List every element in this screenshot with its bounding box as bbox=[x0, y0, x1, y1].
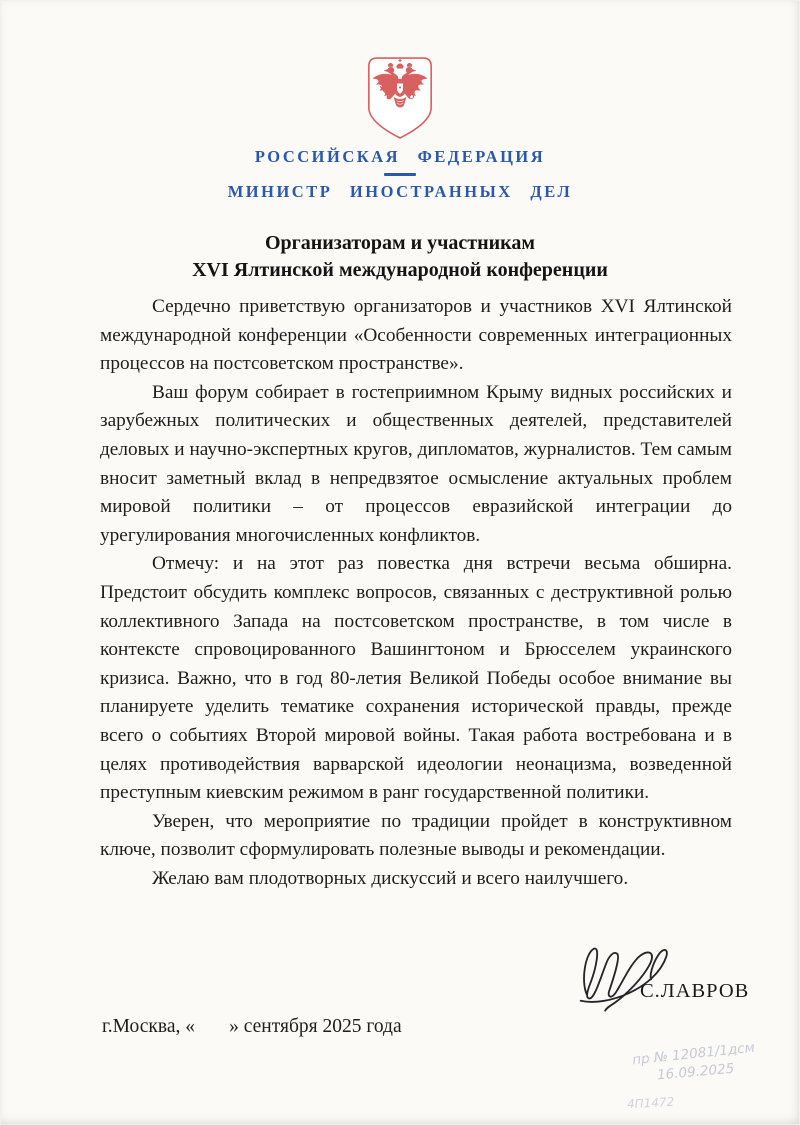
letterhead-office: МИНИСТР ИНОСТРАННЫХ ДЕЛ bbox=[0, 182, 800, 202]
letter-body: Сердечно приветствую организаторов и уча… bbox=[100, 293, 732, 893]
dateline: г.Москва, « » сентября 2025 года bbox=[102, 1016, 402, 1038]
body-paragraph: Уверен, что мероприятие по традиции прой… bbox=[100, 808, 732, 865]
russian-coat-of-arms-icon bbox=[366, 56, 434, 140]
addressee-line2: XVI Ялтинской международной конференции bbox=[0, 257, 800, 284]
addressee-line1: Организаторам и участникам bbox=[0, 230, 800, 257]
body-paragraph: Сердечно приветствую организаторов и уча… bbox=[100, 293, 732, 379]
handwritten-note: 4П1472 bbox=[627, 1095, 675, 1111]
body-paragraph: Ваш форум собирает в гостеприимном Крыму… bbox=[100, 379, 732, 551]
letterhead-divider bbox=[384, 173, 416, 176]
body-paragraph: Желаю вам плодотворных дискуссий и всего… bbox=[100, 865, 732, 894]
addressee-heading: Организаторам и участникам XVI Ялтинской… bbox=[0, 230, 800, 283]
body-paragraph: Отмечу: и на этот раз повестка дня встре… bbox=[100, 550, 732, 807]
signature-block: С.ЛАВРОВ bbox=[552, 928, 752, 1023]
letterhead-country: РОССИЙСКАЯ ФЕДЕРАЦИЯ bbox=[0, 147, 800, 167]
scanned-letter-page: РОССИЙСКАЯ ФЕДЕРАЦИЯ МИНИСТР ИНОСТРАННЫХ… bbox=[0, 0, 800, 1125]
signature-scribble-icon bbox=[570, 928, 700, 1020]
signature-name: С.ЛАВРОВ bbox=[640, 980, 749, 1003]
